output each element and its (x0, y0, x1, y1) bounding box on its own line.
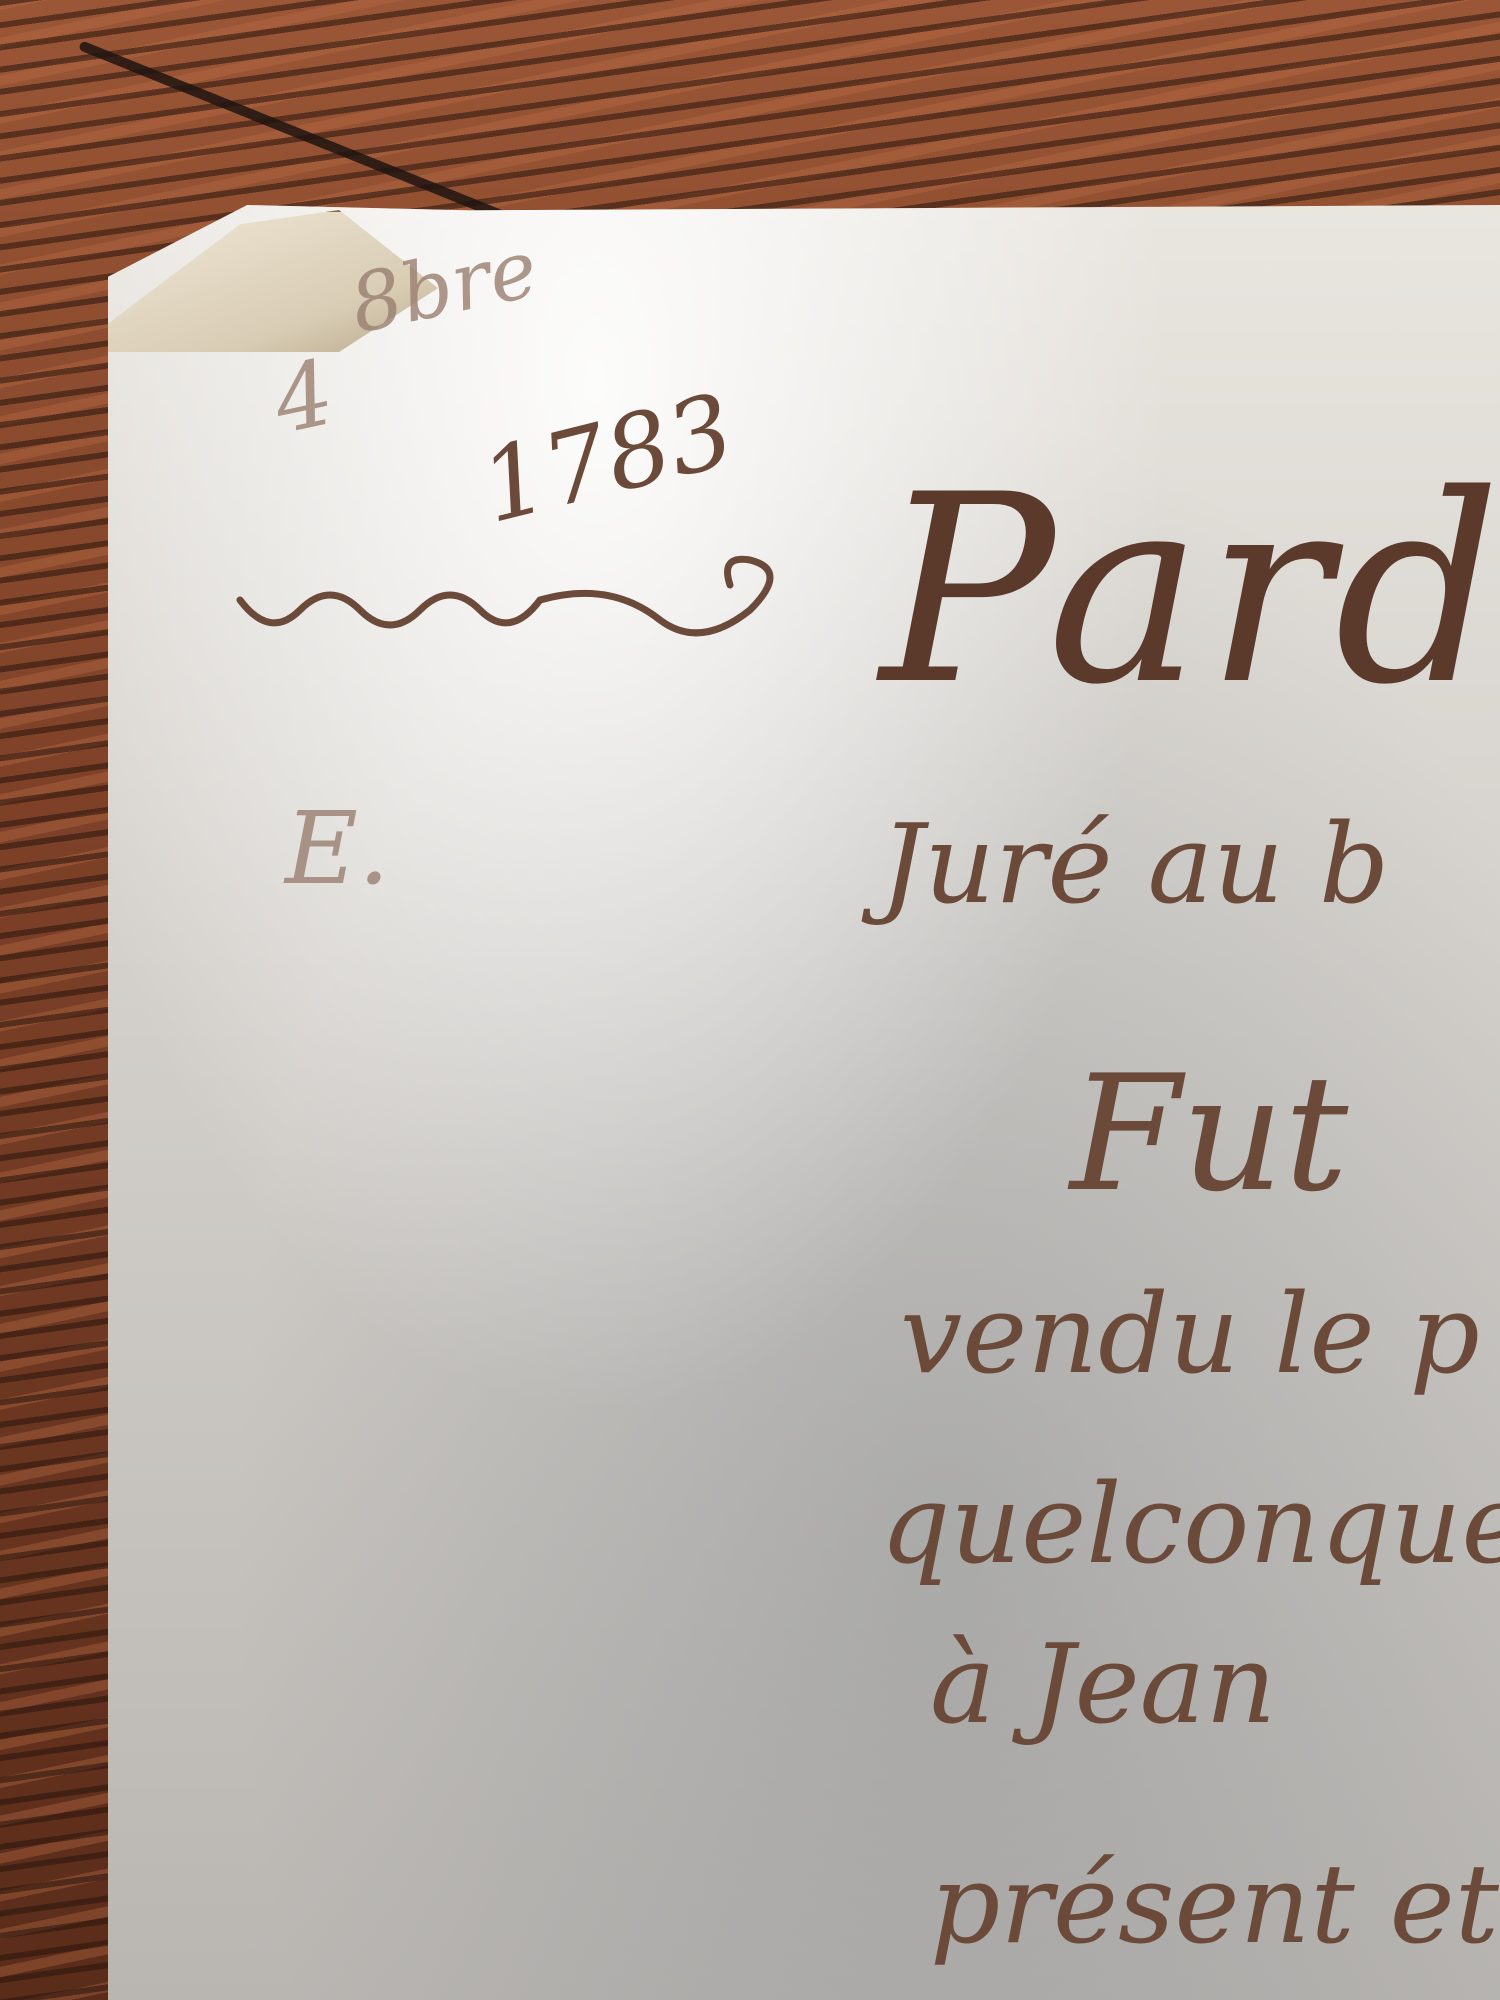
text-line: vendu le p (900, 1270, 1480, 1398)
text-line: Fut (1070, 1040, 1348, 1227)
text-line: Juré au b (880, 800, 1389, 928)
margin-mark: E. (285, 790, 390, 907)
flourish-ornament (230, 540, 830, 650)
document-heading: Pardev (880, 440, 1500, 742)
text-line: présent et (930, 1840, 1499, 1968)
text-line: à Jean (930, 1620, 1276, 1748)
text-line: quelconques (880, 1460, 1500, 1588)
